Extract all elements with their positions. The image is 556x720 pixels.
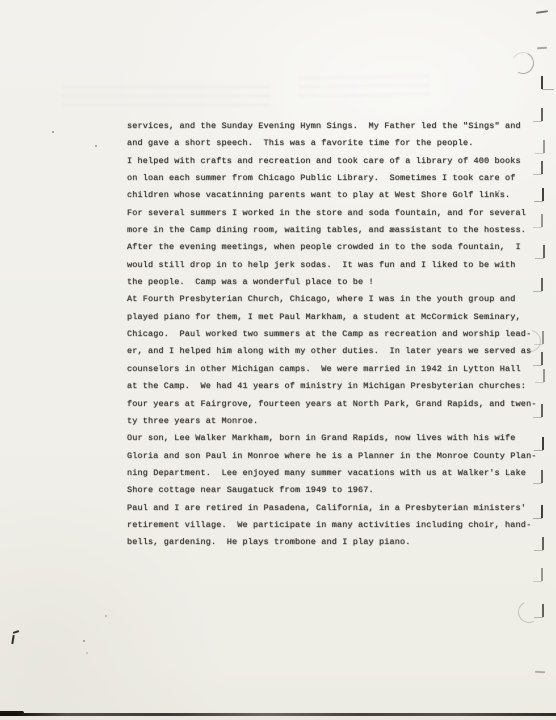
binding-tick-mark xyxy=(542,437,544,450)
binding-tick-mark xyxy=(541,352,543,365)
binding-tick-mark xyxy=(542,604,544,617)
typewritten-line: retirement village. We participate in ma… xyxy=(127,517,539,534)
bleed-through-ghost-text xyxy=(62,86,270,113)
binding-tick-mark xyxy=(542,537,544,550)
binding-tick-mark xyxy=(541,470,543,483)
typewritten-line: the people. Camp was a wonderful place t… xyxy=(127,274,539,291)
typewritten-line: I helped with crafts and recreation and … xyxy=(127,153,539,170)
typewritten-line: at the Camp. We had 41 years of ministry… xyxy=(127,378,539,395)
pencil-mark-dash xyxy=(13,630,19,634)
binding-tick-mark xyxy=(541,278,543,291)
edge-dash-mark xyxy=(537,47,547,50)
edge-dash-mark xyxy=(536,10,548,14)
typewritten-line: Shore cottage near Saugatuck from 1949 t… xyxy=(127,482,539,499)
typewritten-line: played piano for them, I met Paul Markha… xyxy=(127,309,539,326)
typewritten-line: At Fourth Presbyterian Church, Chicago, … xyxy=(127,291,539,308)
dust-speck xyxy=(95,145,97,147)
binding-tick-mark xyxy=(543,245,545,258)
typewritten-line: and gave a short speech. This was a favo… xyxy=(127,135,539,152)
dust-speck xyxy=(105,615,107,617)
typewritten-line: on loan each summer from Chicago Public … xyxy=(127,170,539,187)
typewritten-line: After the evening meetings, when people … xyxy=(127,239,539,256)
typewritten-line: Gloria and son Paul in Monroe where he i… xyxy=(127,448,539,465)
hole-punch-ghost xyxy=(509,49,537,77)
typewritten-line: children whose vacatinning parents want … xyxy=(127,187,539,204)
binding-tick-mark xyxy=(541,568,543,581)
binding-tick-mark xyxy=(541,505,543,518)
typewritten-line: bells, gardening. He plays trombone and … xyxy=(127,534,539,551)
dust-speck xyxy=(498,190,500,192)
typewritten-line: er, and I helped him along with my other… xyxy=(127,343,539,360)
typewritten-line: would still drop in to help jerk sodas. … xyxy=(127,257,539,274)
typewritten-line: counselors in other Michigan camps. We w… xyxy=(127,361,539,378)
typewritten-line: four years at Fairgrove, fourteen years … xyxy=(127,396,539,413)
edge-dash-mark xyxy=(535,671,545,674)
binding-tick-mark xyxy=(541,404,543,417)
typewritten-text-block: services, and the Sunday Evening Hymn Si… xyxy=(127,118,539,552)
dust-speck xyxy=(86,652,88,654)
typewritten-line: ning Department. Lee enjoyed many summer… xyxy=(127,465,539,482)
pencil-mark-stroke xyxy=(11,635,14,644)
typewritten-line: For several summers I worked in the stor… xyxy=(127,205,539,222)
typewritten-line: ty three years at Monroe. xyxy=(127,413,539,430)
pencil-mark xyxy=(10,630,20,648)
scan-edge-margin xyxy=(0,716,556,720)
bleed-through-ghost-text xyxy=(298,75,430,103)
binding-tick-mark xyxy=(541,214,543,227)
binding-tick-mark xyxy=(543,140,545,153)
typewritten-line: services, and the Sunday Evening Hymn Si… xyxy=(127,118,539,135)
binding-tick-mark xyxy=(543,369,545,382)
typewritten-line: Our son, Lee Walker Markham, born in Gra… xyxy=(127,430,539,447)
binding-tick-mark xyxy=(541,161,543,174)
typewritten-line: more in the Camp dining room, waiting ta… xyxy=(127,222,539,239)
binding-tick-mark xyxy=(542,188,544,201)
typewritten-line: Paul and I are retired in Pasadena, Cali… xyxy=(127,500,539,517)
dust-speck xyxy=(52,131,54,133)
scanned-document-page: services, and the Sunday Evening Hymn Si… xyxy=(0,0,556,720)
typewritten-line: Chicago. Paul worked two summers at the … xyxy=(127,326,539,343)
dust-speck xyxy=(83,640,85,642)
binding-tick-mark xyxy=(542,331,544,344)
binding-tick-mark xyxy=(541,76,543,89)
hole-punch-ghost xyxy=(515,598,543,626)
binding-tick-mark xyxy=(541,108,543,121)
